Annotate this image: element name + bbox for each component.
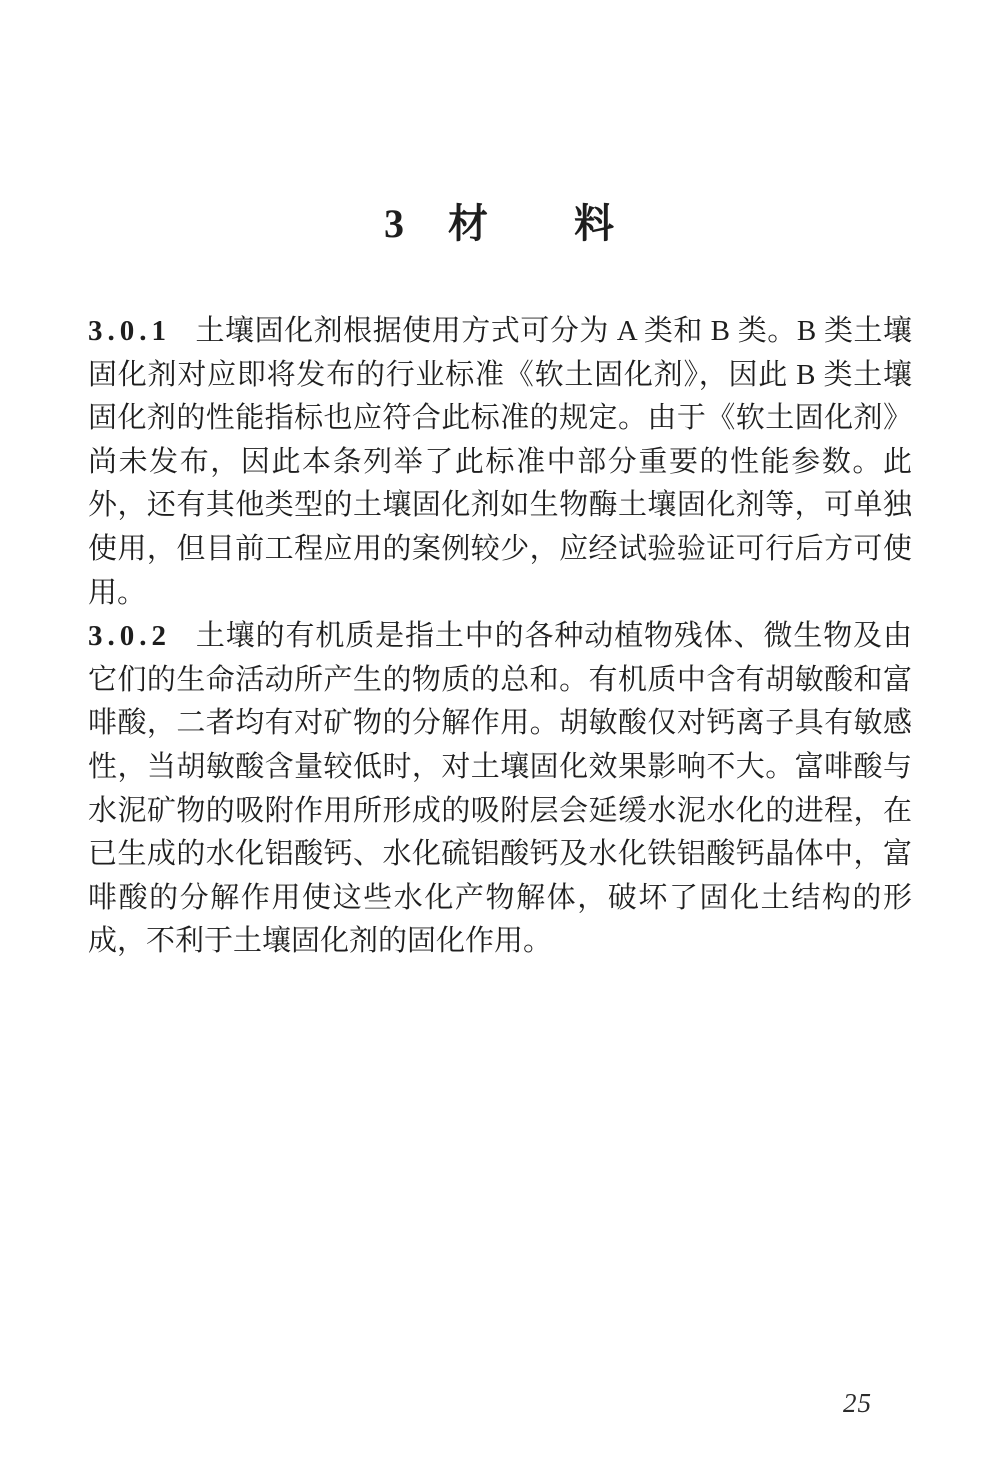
- clause-text: 土壤固化剂根据使用方式可分为 A 类和 B 类。B 类土壤固化剂对应即将发布的行…: [88, 315, 912, 609]
- page-number: 25: [843, 1388, 872, 1419]
- clause-text: 土壤的有机质是指土中的各种动植物残体、微生物及由它们的生命活动所产生的物质的总和…: [88, 620, 912, 957]
- chapter-title: 3 材 料: [0, 200, 1000, 248]
- document-page: 3 材 料 3.0.1土壤固化剂根据使用方式可分为 A 类和 B 类。B 类土壤…: [0, 0, 1000, 1462]
- clause-3-0-1: 3.0.1土壤固化剂根据使用方式可分为 A 类和 B 类。B 类土壤固化剂对应即…: [88, 310, 912, 615]
- clause-number: 3.0.1: [88, 315, 171, 347]
- clause-3-0-2: 3.0.2土壤的有机质是指土中的各种动植物残体、微生物及由它们的生命活动所产生的…: [88, 615, 912, 964]
- clause-number: 3.0.2: [88, 620, 171, 652]
- page-content: 3.0.1土壤固化剂根据使用方式可分为 A 类和 B 类。B 类土壤固化剂对应即…: [88, 310, 912, 964]
